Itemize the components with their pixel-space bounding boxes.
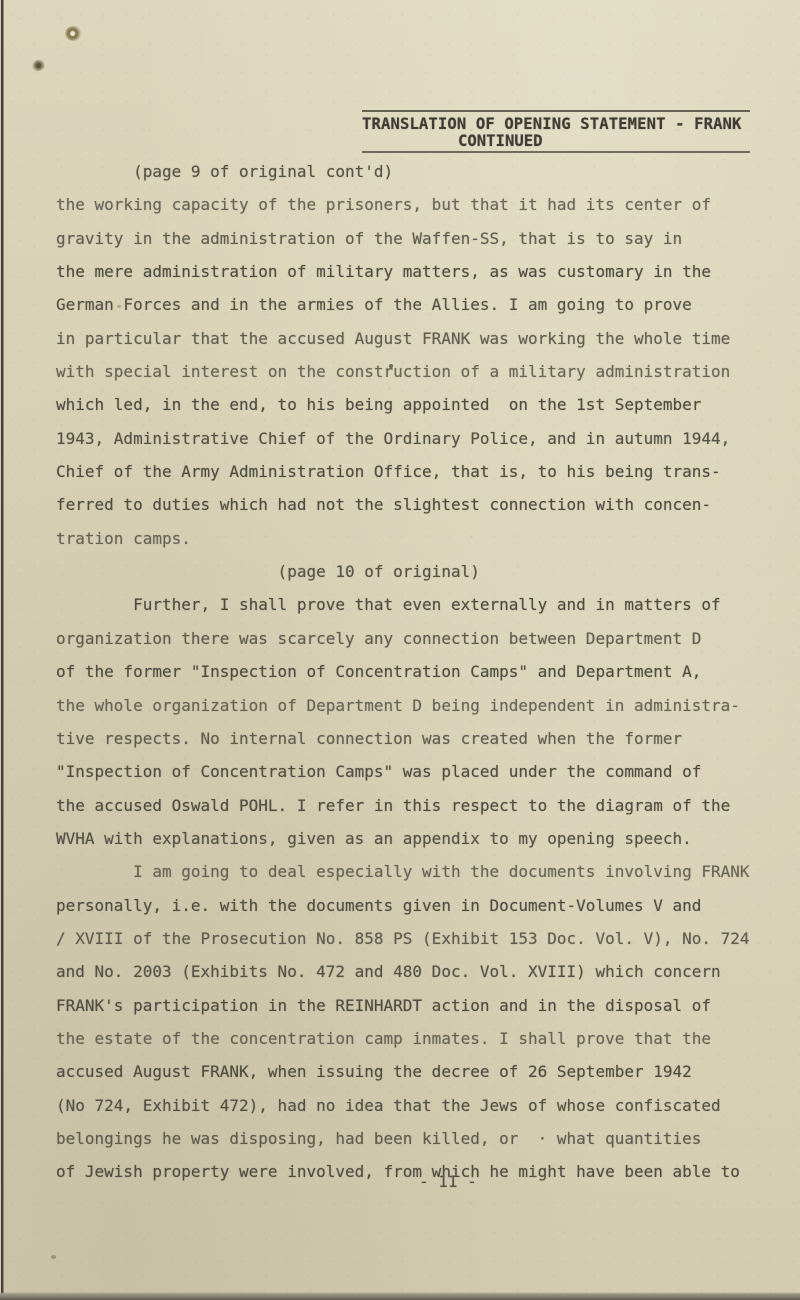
text-line: tration camps. xyxy=(56,522,776,555)
text-line: of the former "Inspection of Concentrati… xyxy=(56,655,776,688)
text-line: ferred to duties which had not the sligh… xyxy=(56,488,776,521)
text-line: the estate of the concentration camp inm… xyxy=(56,1022,776,1055)
text-line: FRANK's participation in the REINHARDT a… xyxy=(56,989,776,1022)
scanned-document-page: TRANSLATION OF OPENING STATEMENT - FRANK… xyxy=(0,0,800,1300)
header-rule-top xyxy=(362,110,750,112)
scan-edge-left xyxy=(0,0,5,1300)
scan-edge-bottom xyxy=(0,1290,800,1300)
text-line: Chief of the Army Administration Office,… xyxy=(56,455,776,488)
document-body: (page 9 of original cont'd) the working … xyxy=(56,155,776,1189)
text-line: in particular that the accused August FR… xyxy=(56,322,776,355)
page-note: (page 10 of original) xyxy=(56,555,776,588)
text-line: and No. 2003 (Exhibits No. 472 and 480 D… xyxy=(56,955,776,988)
text-line: WVHA with explanations, given as an appe… xyxy=(56,822,776,855)
text-line: "Inspection of Concentration Camps" was … xyxy=(56,755,776,788)
document-header: TRANSLATION OF OPENING STATEMENT - FRANK… xyxy=(362,110,750,153)
text-line: tive respects. No internal connection wa… xyxy=(56,722,776,755)
text-line: which led, in the end, to his being appo… xyxy=(56,388,776,421)
text-line: of Jewish property were involved, from w… xyxy=(56,1155,776,1188)
header-continued: CONTINUED xyxy=(362,132,750,153)
text-line: / XVIII of the Prosecution No. 858 PS (E… xyxy=(56,922,776,955)
text-line: the whole organization of Department D b… xyxy=(56,689,776,722)
text-line: German Forces and in the armies of the A… xyxy=(56,288,776,321)
text-line: (No 724, Exhibit 472), had no idea that … xyxy=(56,1089,776,1122)
text-line: I am going to deal especially with the d… xyxy=(56,855,776,888)
page-number: - 11 - xyxy=(419,1172,477,1191)
page-note: (page 9 of original cont'd) xyxy=(56,155,776,188)
text-line: organization there was scarcely any conn… xyxy=(56,622,776,655)
paper-stain xyxy=(65,26,82,41)
text-line: accused August FRANK, when issuing the d… xyxy=(56,1055,776,1088)
text-line: belongings he was disposing, had been ki… xyxy=(56,1122,776,1155)
text-line: gravity in the administration of the Waf… xyxy=(56,222,776,255)
paper-stain xyxy=(31,58,47,73)
header-title: TRANSLATION OF OPENING STATEMENT - FRANK xyxy=(362,116,750,132)
text-line: 1943, Administrative Chief of the Ordina… xyxy=(56,422,776,455)
paper-speck xyxy=(51,1255,56,1259)
text-line: the mere administration of military matt… xyxy=(56,255,776,288)
text-line: the working capacity of the prisoners, b… xyxy=(56,188,776,221)
text-line: the accused Oswald POHL. I refer in this… xyxy=(56,789,776,822)
text-line: Further, I shall prove that even externa… xyxy=(56,588,776,621)
text-line: with special interest on the constructio… xyxy=(56,355,776,388)
text-line: personally, i.e. with the documents give… xyxy=(56,889,776,922)
